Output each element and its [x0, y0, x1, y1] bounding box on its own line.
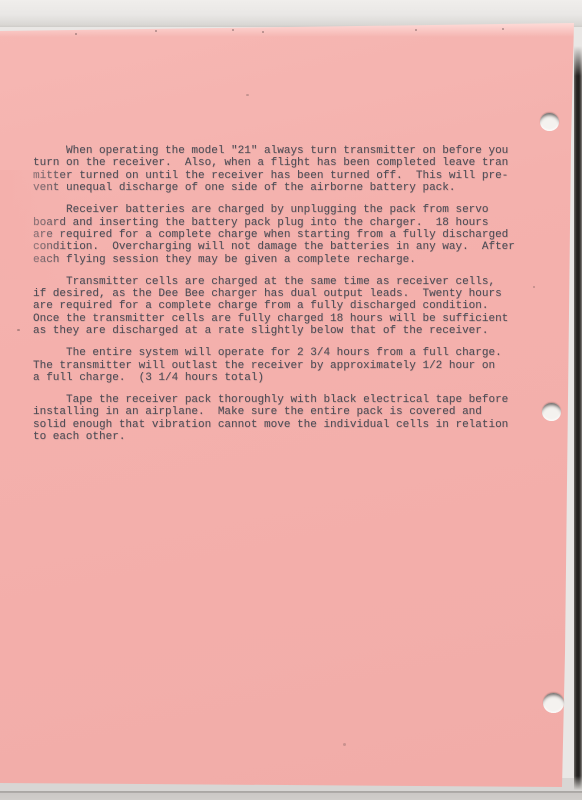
scanner-background: When operating the model "21" always tur…	[0, 0, 582, 800]
dust-speck	[533, 286, 535, 288]
dust-speck	[155, 30, 157, 32]
top-scan-strip	[0, 0, 582, 27]
dust-speck	[246, 94, 249, 96]
paragraph-receiver-battery-charging: Receiver batteries are charged by unplug…	[33, 204, 538, 266]
dust-speck	[343, 743, 346, 746]
paragraph-operating-time: The entire system will operate for 2 3/4…	[33, 347, 538, 384]
paragraph-transmitter-on-first: When operating the model "21" always tur…	[33, 145, 538, 195]
paragraph-transmitter-cell-charging: Transmitter cells are charged at the sam…	[33, 276, 538, 338]
dust-speck	[75, 33, 77, 35]
dust-speck	[232, 29, 234, 31]
dust-speck	[415, 29, 417, 31]
punch-hole-middle	[542, 403, 561, 421]
punch-hole-bottom	[543, 693, 564, 713]
typed-text-block: When operating the model "21" always tur…	[33, 145, 538, 453]
dust-speck	[502, 28, 504, 30]
punch-hole-top	[540, 113, 559, 131]
paragraph-tape-receiver-pack: Tape the receiver pack thoroughly with b…	[33, 394, 538, 444]
dust-speck	[17, 329, 20, 331]
right-page-edge	[574, 46, 582, 790]
dust-speck	[262, 31, 264, 33]
